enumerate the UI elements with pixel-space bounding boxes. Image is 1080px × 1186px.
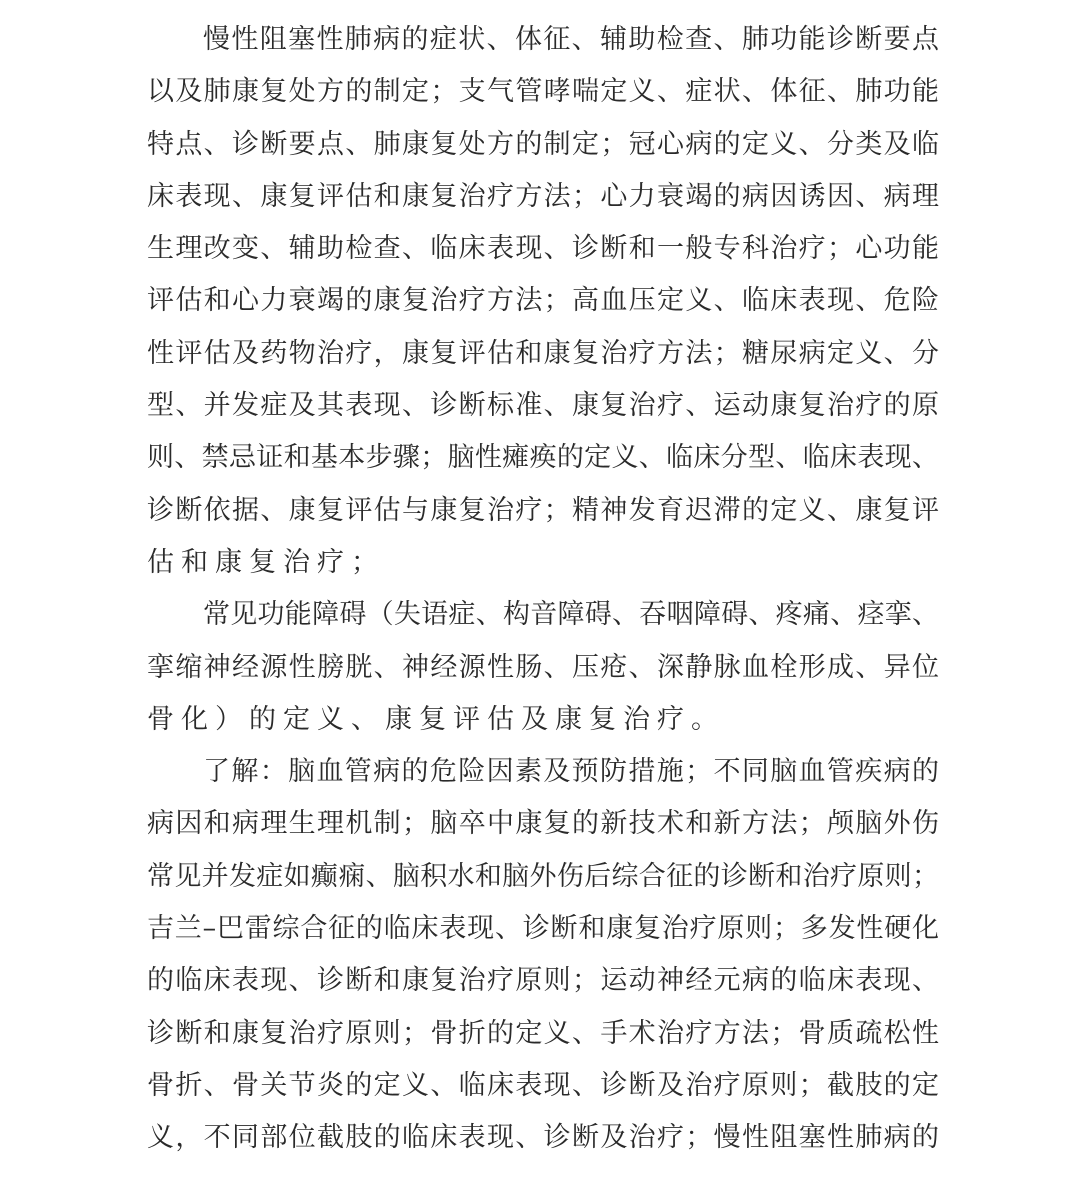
text-line: 的临床表现、诊断和康复治疗原则；运动神经元病的临床表现、 [147,955,939,1007]
text-line: 特点、诊断要点、肺康复处方的制定；冠心病的定义、分类及临 [147,119,939,171]
text-line: 床表现、康复评估和康复治疗方法；心力衰竭的病因诱因、病理 [147,171,939,223]
text-line: 吉兰–巴雷综合征的临床表现、诊断和康复治疗原则；多发性硬化 [147,903,939,955]
text-line: 骨折、骨关节炎的定义、临床表现、诊断及治疗原则；截肢的定 [147,1060,939,1112]
text-line: 义，不同部位截肢的临床表现、诊断及治疗；慢性阻塞性肺病的 [147,1112,939,1164]
text-line: 诊断依据、康复评估与康复治疗；精神发育迟滞的定义、康复评 [147,485,939,537]
text-line: 骨化）的定义、康复评估及康复治疗。 [147,694,939,746]
text-line: 型、并发症及其表现、诊断标准、康复治疗、运动康复治疗的原 [147,380,939,432]
text-line: 了解：脑血管病的危险因素及预防措施；不同脑血管疾病的 [147,746,939,798]
text-line: 则、禁忌证和基本步骤；脑性瘫痪的定义、临床分型、临床表现、 [147,432,939,484]
text-line: 慢性阻塞性肺病的症状、体征、辅助检查、肺功能诊断要点 [147,14,939,66]
document-page: 慢性阻塞性肺病的症状、体征、辅助检查、肺功能诊断要点 以及肺康复处方的制定；支气… [0,0,1080,1186]
paragraph-common-dysfunctions: 常见功能障碍（失语症、构音障碍、吞咽障碍、疼痛、痉挛、 挛缩神经源性膀胱、神经源… [147,589,939,746]
text-line: 生理改变、辅助检查、临床表现、诊断和一般专科治疗；心功能 [147,223,939,275]
text-line: 估和康复治疗； [147,537,939,589]
text-line: 病因和病理生理机制；脑卒中康复的新技术和新方法；颅脑外伤 [147,798,939,850]
text-line: 诊断和康复治疗原则；骨折的定义、手术治疗方法；骨质疏松性 [147,1008,939,1060]
document-body: 慢性阻塞性肺病的症状、体征、辅助检查、肺功能诊断要点 以及肺康复处方的制定；支气… [147,14,939,1165]
text-line: 挛缩神经源性膀胱、神经源性肠、压疮、深静脉血栓形成、异位 [147,642,939,694]
text-line: 以及肺康复处方的制定；支气管哮喘定义、症状、体征、肺功能 [147,66,939,118]
paragraph-copd-asthma-chd-hf-htn-dm-cp: 慢性阻塞性肺病的症状、体征、辅助检查、肺功能诊断要点 以及肺康复处方的制定；支气… [147,14,939,589]
text-line: 评估和心力衰竭的康复治疗方法；高血压定义、临床表现、危险 [147,275,939,327]
paragraph-understand-section: 了解：脑血管病的危险因素及预防措施；不同脑血管疾病的 病因和病理生理机制；脑卒中… [147,746,939,1164]
text-line: 性评估及药物治疗，康复评估和康复治疗方法；糖尿病定义、分 [147,328,939,380]
text-line: 常见功能障碍（失语症、构音障碍、吞咽障碍、疼痛、痉挛、 [147,589,939,641]
text-line: 常见并发症如癫痫、脑积水和脑外伤后综合征的诊断和治疗原则； [147,851,939,903]
